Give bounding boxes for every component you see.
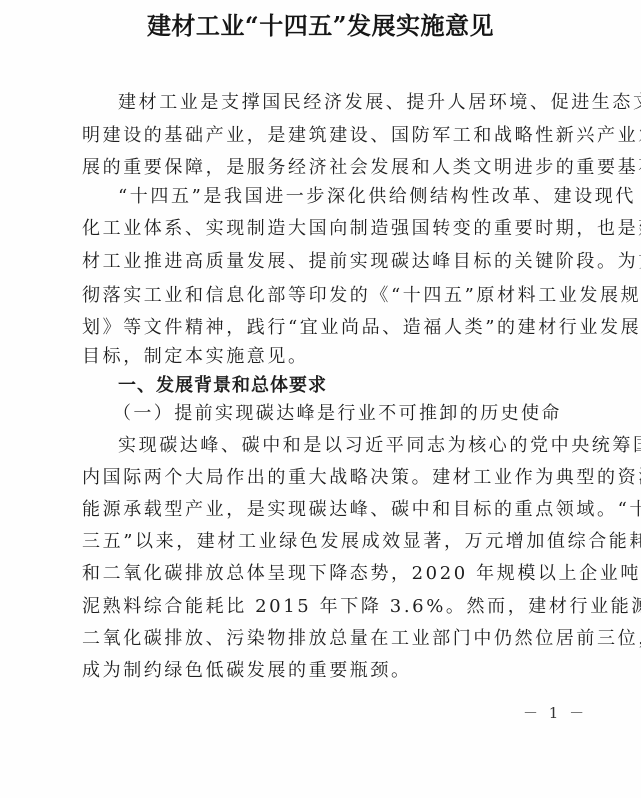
text-line: 材工业推进高质量发展、提前实现碳达峰目标的关键阶段。为贯 [82, 249, 562, 275]
text-line: 成为制约绿色低碳发展的重要瓶颈。 [82, 658, 562, 684]
text-line: 建材工业是支撑国民经济发展、提升人居环境、促进生态文 [118, 90, 598, 116]
text-line: 和二氧化碳排放总体呈现下降态势，2020 年规模以上企业吨水 [82, 561, 562, 587]
text-line: 彻落实工业和信息化部等印发的《“十四五”原材料工业发展规 [82, 283, 562, 309]
text-line: 二氧化碳排放、污染物排放总量在工业部门中仍然位居前三位， [82, 626, 562, 652]
text-line: 三五”以来，建材工业绿色发展成效显著，万元增加值综合能耗 [82, 529, 562, 555]
text-line: 泥熟料综合能耗比 2015 年下降 3.6%。然而，建材行业能源消耗、 [82, 594, 562, 620]
text-line: 明建设的基础产业，是建筑建设、国防军工和战略性新兴产业发 [82, 123, 562, 149]
text-line: 展的重要保障，是服务经济社会发展和人类文明进步的重要基石。 [82, 155, 562, 181]
text-line: 目标，制定本实施意见。 [82, 344, 562, 370]
text-line: 实现碳达峰、碳中和是以习近平同志为核心的党中央统筹国 [118, 433, 598, 459]
text-line: 划》等文件精神，践行“宜业尚品、造福人类”的建材行业发展 [82, 315, 562, 341]
text-line: 化工业体系、实现制造大国向制造强国转变的重要时期，也是建 [82, 216, 562, 242]
subsection-heading: （一）提前实现碳达峰是行业不可推卸的历史使命 [113, 401, 593, 427]
section-heading: 一、发展背景和总体要求 [118, 373, 598, 399]
document-title: 建材工业“十四五”发展实施意见 [0, 6, 641, 41]
text-line: “十四五”是我国进一步深化供给侧结构性改革、建设现代 [118, 184, 598, 210]
page-number: － 1 － [523, 702, 587, 723]
text-line: 内国际两个大局作出的重大战略决策。建材工业作为典型的资源 [82, 465, 562, 491]
text-line: 能源承载型产业，是实现碳达峰、碳中和目标的重点领域。“十 [82, 497, 562, 523]
